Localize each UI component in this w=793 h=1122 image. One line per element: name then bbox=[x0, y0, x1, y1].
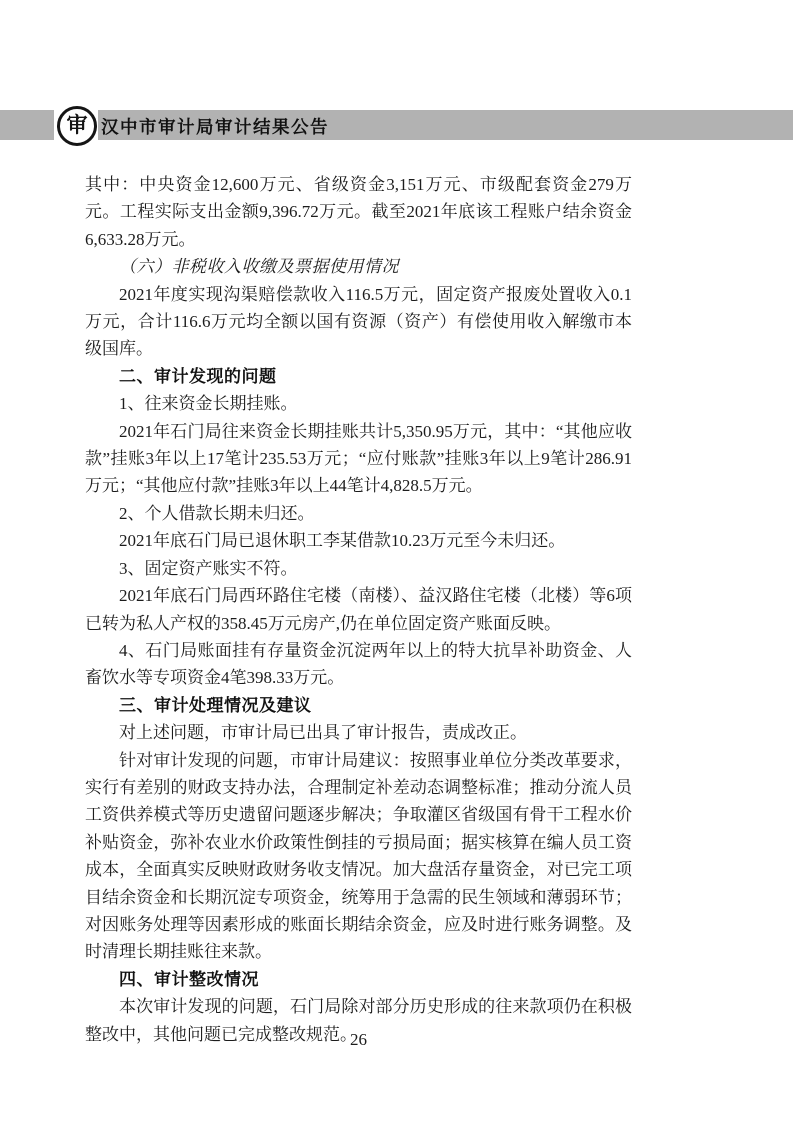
paragraph-item-4: 4、石门局账面挂有存量资金沉淀两年以上的特大抗旱补助资金、人畜饮水等专项资金4笔… bbox=[85, 637, 632, 692]
paragraph-item-3: 3、固定资产账实不符。 bbox=[85, 555, 632, 582]
paragraph: 2021年底石门局西环路住宅楼（南楼）、益汉路住宅楼（北楼）等6项已转为私人产权… bbox=[85, 582, 632, 637]
paragraph: 2021年底石门局已退休职工李某借款10.23万元至今未归还。 bbox=[85, 527, 632, 554]
paragraph: 对上述问题，市审计局已出具了审计报告，责成改正。 bbox=[85, 719, 632, 746]
paragraph: 针对审计发现的问题，市审计局建议：按照事业单位分类改革要求，实行有差别的财政支持… bbox=[85, 747, 632, 966]
paragraph: 2021年石门局往来资金长期挂账共计5,350.95万元，其中：“其他应收款”挂… bbox=[85, 418, 632, 500]
seal-character: 审 bbox=[67, 115, 88, 136]
paragraph: 2021年度实现沟渠赔偿款收入116.5万元，固定资产报废处置收入0.1万元，合… bbox=[85, 281, 632, 363]
paragraph-continuation: 其中：中央资金12,600万元、省级资金3,151万元、市级配套资金279万元。… bbox=[85, 171, 632, 253]
paragraph-item-2: 2、个人借款长期未归还。 bbox=[85, 500, 632, 527]
header-title: 汉中市审计局审计结果公告 bbox=[101, 114, 329, 139]
document-body: 其中：中央资金12,600万元、省级资金3,151万元、市级配套资金279万元。… bbox=[85, 171, 632, 1048]
section-heading-four: 四、审计整改情况 bbox=[85, 966, 632, 993]
paragraph-item-1: 1、往来资金长期挂账。 bbox=[85, 390, 632, 417]
subheading-section-six: （六）非税收入收缴及票据使用情况 bbox=[85, 253, 632, 280]
audit-bureau-seal-icon: 审 bbox=[57, 106, 97, 146]
page-footer: 26 bbox=[85, 1030, 632, 1050]
section-heading-three: 三、审计处理情况及建议 bbox=[85, 692, 632, 719]
page-number: 26 bbox=[350, 1030, 367, 1049]
section-heading-two: 二、审计发现的问题 bbox=[85, 363, 632, 390]
document-page: 审 汉中市审计局审计结果公告 其中：中央资金12,600万元、省级资金3,151… bbox=[0, 0, 793, 1122]
